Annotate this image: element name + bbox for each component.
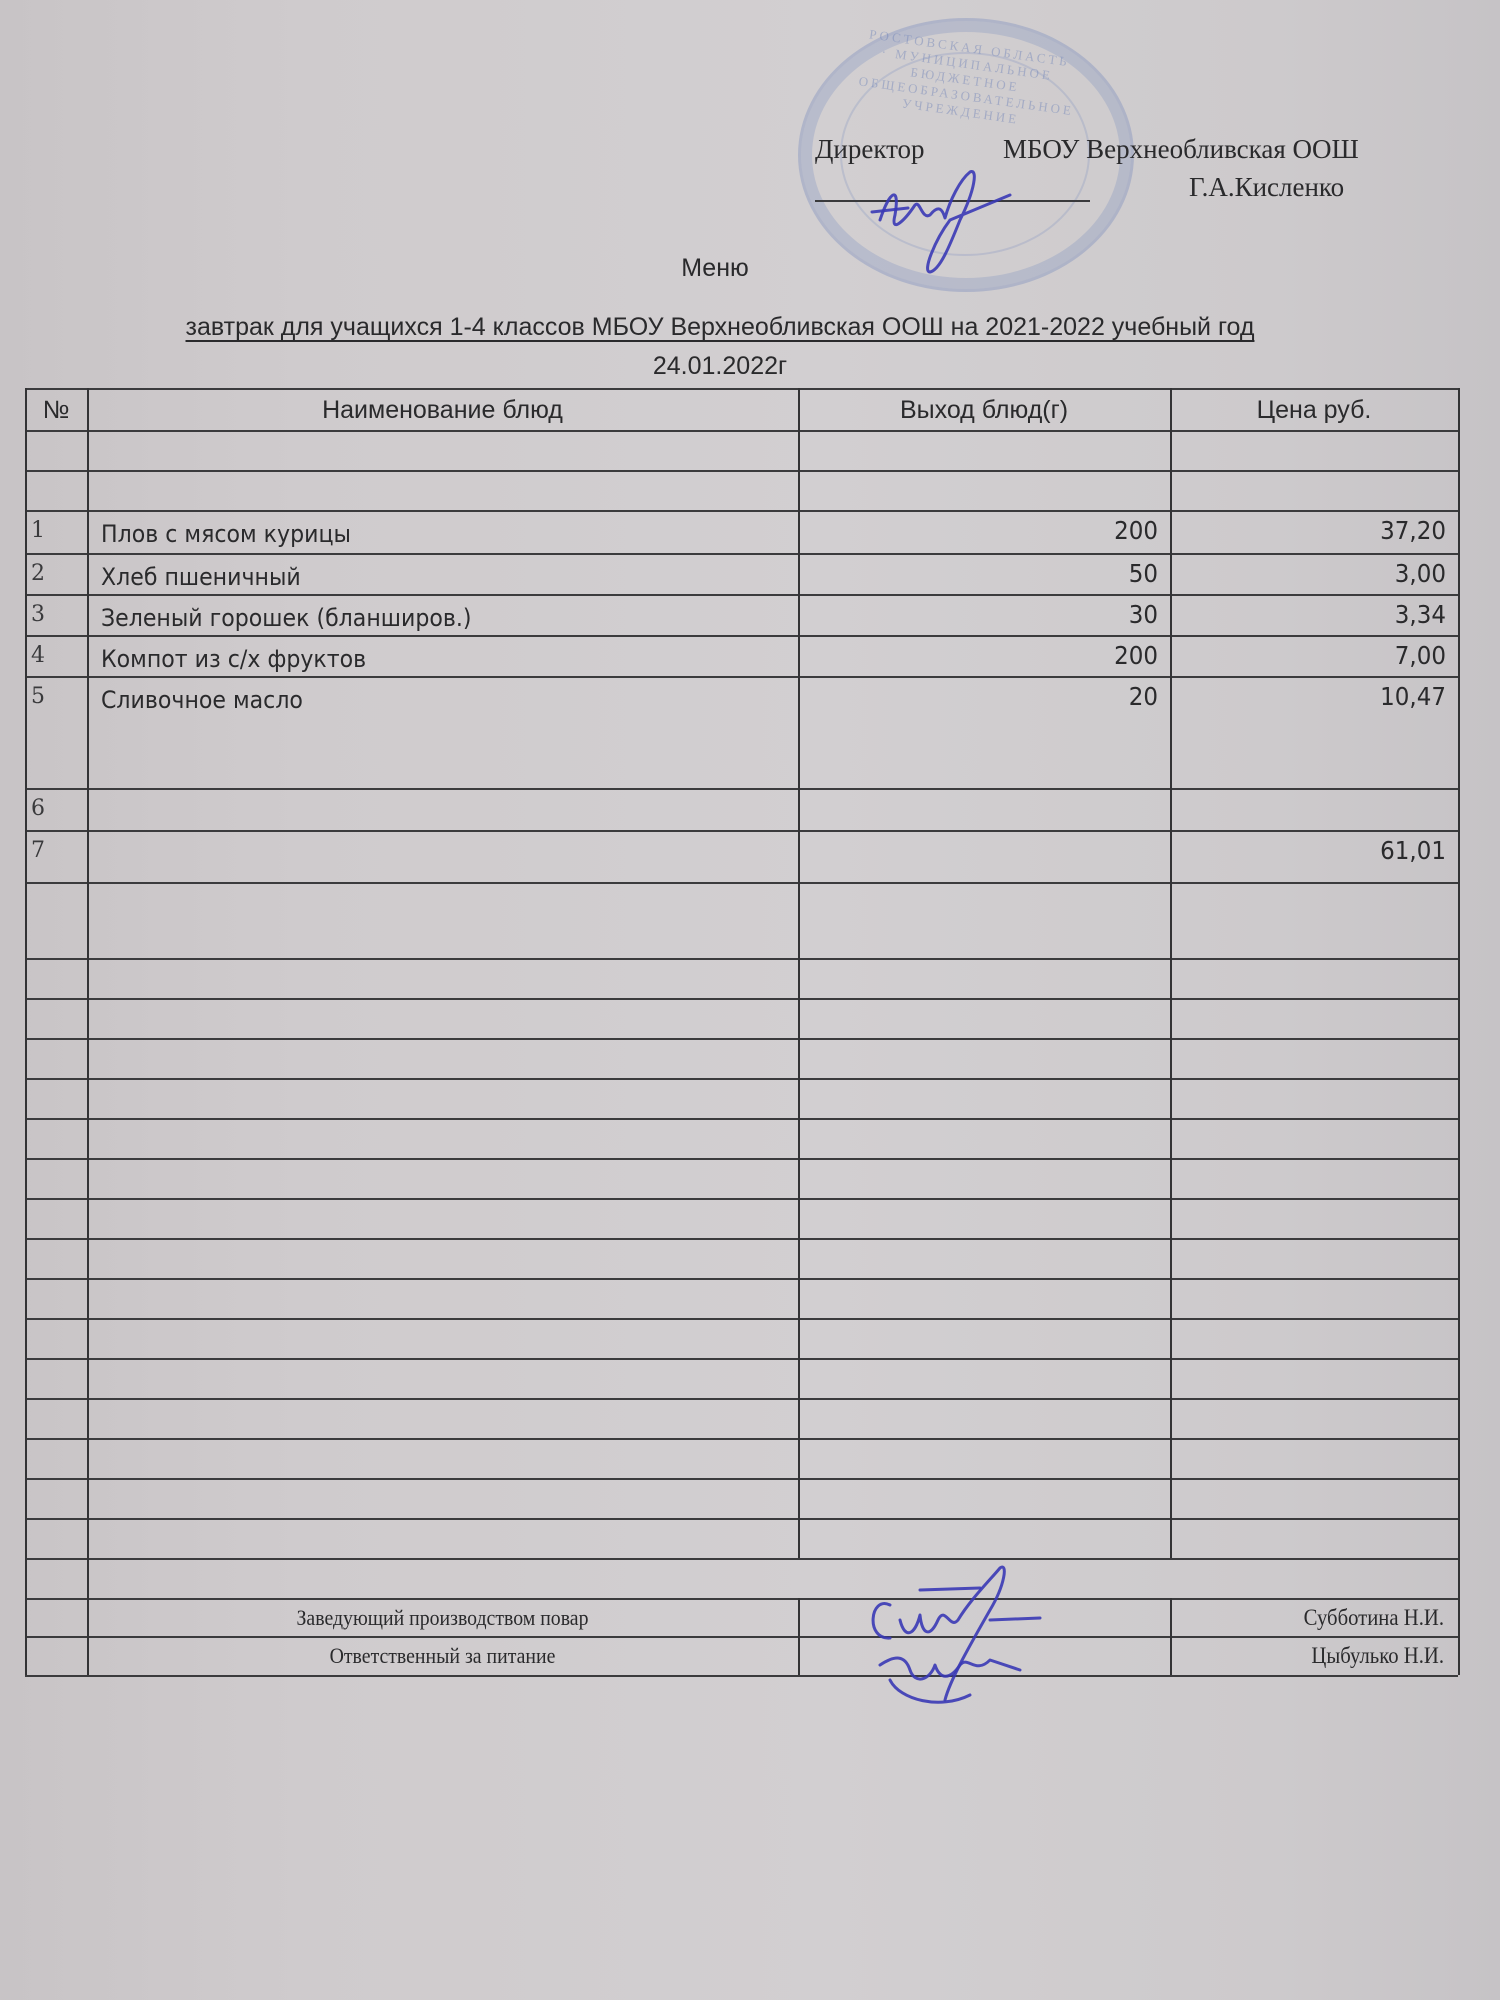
footer-divider	[1170, 1598, 1172, 1675]
footer-name: Субботина Н.И.	[1197, 1605, 1444, 1631]
footer-signatures	[850, 1560, 1090, 1730]
table-row-border	[25, 1398, 1458, 1400]
row-number: 4	[31, 643, 45, 668]
row-number: 7	[31, 838, 45, 863]
table-row-border	[25, 470, 1458, 472]
column-header: Выход блюд(г)	[798, 396, 1170, 425]
column-header: Наименование блюд	[87, 396, 798, 425]
document-subtitle: завтрак для учащихся 1-4 классов МБОУ Ве…	[186, 313, 1255, 341]
table-border-left	[25, 388, 27, 1675]
row-number: 2	[31, 561, 45, 586]
table-row-border	[25, 882, 1458, 884]
director-name: Г.А.Кисленко	[1189, 172, 1344, 203]
table-row-border	[25, 1438, 1458, 1440]
dish-price: 3,34	[1192, 600, 1446, 629]
table-row-border	[25, 553, 1458, 555]
dish-yield: 50	[827, 559, 1158, 588]
table-row-border	[25, 635, 1458, 637]
table-row-border	[25, 788, 1458, 790]
organization-name: МБОУ Верхнеобливская ООШ	[1003, 134, 1359, 165]
table-row-border	[25, 1598, 1458, 1600]
table-row-border	[25, 1636, 1458, 1638]
dish-yield: 20	[827, 682, 1158, 711]
dish-yield: 200	[827, 516, 1158, 545]
table-row-border	[25, 1318, 1458, 1320]
table-row-border	[25, 388, 1458, 390]
dish-price: 7,00	[1192, 641, 1446, 670]
table-row-border	[25, 1478, 1458, 1480]
table-row-border	[25, 1518, 1458, 1520]
table-row-border	[25, 1358, 1458, 1360]
menu-table: №Наименование блюдВыход блюд(г)Цена руб.…	[25, 388, 1458, 1675]
column-divider-name	[798, 388, 800, 1558]
dish-name: Плов с мясом курицы	[101, 520, 351, 548]
dish-price: 61,01	[1192, 836, 1446, 865]
row-number: 1	[31, 518, 45, 543]
dish-name: Компот из с/х фруктов	[101, 645, 366, 673]
footer-name: Цыбулько Н.И.	[1197, 1643, 1444, 1669]
row-number: 5	[31, 684, 45, 709]
table-row-border	[25, 958, 1458, 960]
table-row-border	[25, 1158, 1458, 1160]
column-divider-yield	[1170, 388, 1172, 1558]
document-subtitle-wrap: завтрак для учащихся 1-4 классов МБОУ Ве…	[0, 313, 1440, 342]
dish-yield: 30	[827, 600, 1158, 629]
row-number: 6	[31, 796, 45, 821]
table-row-border	[25, 676, 1458, 678]
dish-price: 37,20	[1192, 516, 1446, 545]
table-row-border	[25, 1038, 1458, 1040]
table-row-border	[25, 1675, 1458, 1677]
document-date: 24.01.2022г	[0, 352, 1440, 381]
table-border-right	[1458, 388, 1460, 1675]
table-row-border	[25, 1118, 1458, 1120]
table-row-border	[25, 1078, 1458, 1080]
table-row-border	[25, 1278, 1458, 1280]
dish-name: Зеленый горошек (бланширов.)	[101, 604, 471, 632]
dish-price: 3,00	[1192, 559, 1446, 588]
table-row-border	[25, 510, 1458, 512]
column-header: Цена руб.	[1170, 396, 1458, 425]
footer-role: Ответственный за питание	[123, 1643, 763, 1669]
dish-name: Сливочное масло	[101, 686, 303, 714]
column-header: №	[25, 396, 87, 425]
footer-divider	[798, 1598, 800, 1675]
dish-price: 10,47	[1192, 682, 1446, 711]
footer-role: Заведующий производством повар	[123, 1605, 763, 1631]
column-divider-number	[87, 388, 89, 1675]
table-row-border	[25, 1558, 1458, 1560]
table-row-border	[25, 430, 1458, 432]
row-number: 3	[31, 602, 45, 627]
table-row-border	[25, 1238, 1458, 1240]
table-row-border	[25, 594, 1458, 596]
dish-name: Хлеб пшеничный	[101, 563, 301, 591]
table-row-border	[25, 998, 1458, 1000]
document-title: Меню	[0, 254, 1430, 283]
table-row-border	[25, 830, 1458, 832]
dish-yield: 200	[827, 641, 1158, 670]
table-row-border	[25, 1198, 1458, 1200]
